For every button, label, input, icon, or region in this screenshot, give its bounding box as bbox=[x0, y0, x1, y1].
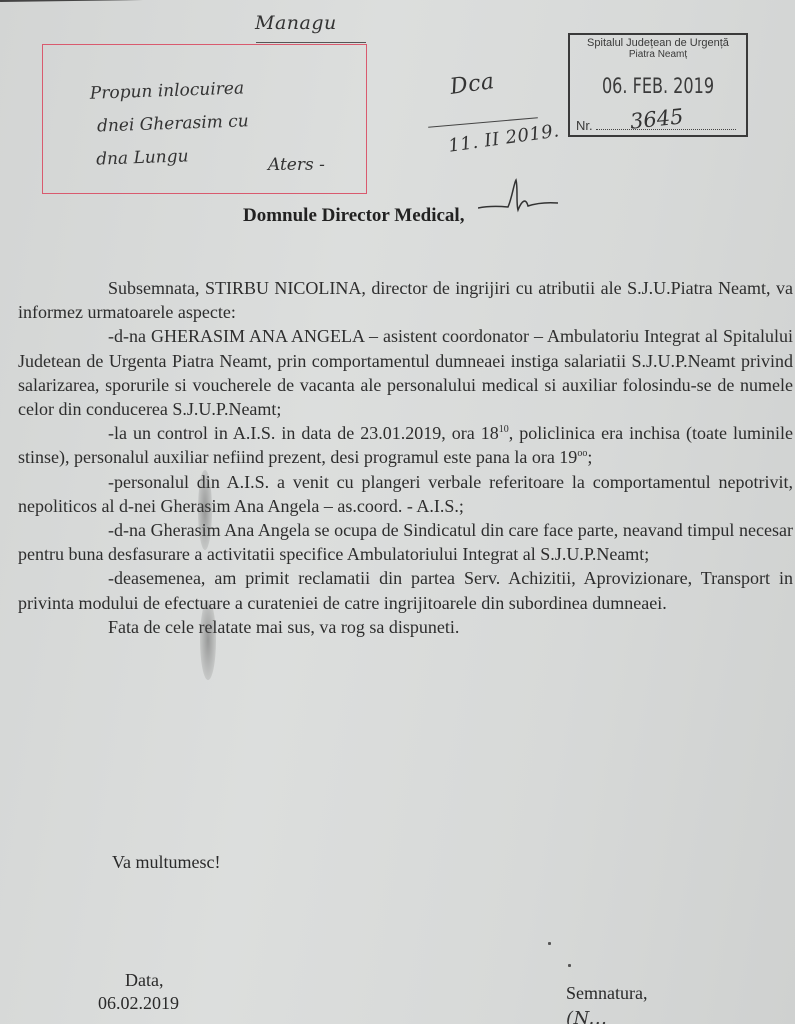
paper-edge-line bbox=[0, 0, 175, 2]
ink-speck bbox=[548, 942, 551, 945]
proposal-line: dna Lungu bbox=[92, 138, 251, 176]
proposal-line: dnei Gherasim cu bbox=[90, 105, 249, 143]
proposal-handwritten-note: Propun inlocuirea dnei Gherasim cu dna L… bbox=[89, 72, 250, 176]
paragraph: -d-na Gherasim Ana Angela se ocupa de Si… bbox=[18, 518, 793, 566]
proposal-line: Propun inlocuirea bbox=[89, 72, 248, 110]
paragraph-text: -d-na GHERASIM ANA ANGELA – asistent coo… bbox=[18, 326, 793, 419]
time-superscript: oo bbox=[577, 448, 587, 459]
date-value: 06.02.2019 bbox=[98, 993, 179, 1014]
letter-salutation: Domnule Director Medical, bbox=[243, 205, 464, 227]
paragraph-text: ; bbox=[587, 447, 592, 467]
letter-closing: Va multumesc! bbox=[112, 852, 220, 873]
approval-signature: Dca bbox=[448, 69, 496, 100]
stamp-nr-label: Nr. bbox=[576, 118, 593, 133]
paragraph: -la un control in A.I.S. in data de 23.0… bbox=[18, 421, 793, 469]
stamp-date: 06. FEB. 2019 bbox=[583, 74, 733, 98]
stamp-city: Piatra Neamț bbox=[570, 49, 746, 60]
paragraph-text: -personalul din A.I.S. a venit cu plange… bbox=[18, 472, 793, 516]
letter-body: Subsemnata, STIRBU NICOLINA, director de… bbox=[18, 276, 793, 639]
approval-date: 11. II 2019. bbox=[447, 120, 561, 156]
manager-note-underline bbox=[256, 42, 366, 43]
paragraph-text: -deasemenea, am primit reclamatii din pa… bbox=[18, 568, 793, 612]
paragraph: Fata de cele relatate mai sus, va rog sa… bbox=[18, 615, 793, 639]
signature-label: Semnatura, bbox=[566, 983, 647, 1004]
ink-smudge bbox=[198, 470, 212, 550]
ink-smudge bbox=[200, 600, 216, 680]
paragraph-text: Subsemnata, STIRBU NICOLINA, director de… bbox=[18, 278, 793, 322]
stamp-institution: Spitalul Județean de Urgență bbox=[570, 37, 746, 49]
paragraph-text: -la un control in A.I.S. in data de 23.0… bbox=[108, 423, 499, 443]
registration-stamp: Spitalul Județean de Urgență Piatra Neam… bbox=[568, 33, 748, 137]
proposal-signature: Aters - bbox=[268, 155, 325, 175]
signature-stroke-icon bbox=[478, 178, 558, 218]
time-superscript: 10 bbox=[499, 424, 509, 435]
paragraph: -d-na GHERASIM ANA ANGELA – asistent coo… bbox=[18, 324, 793, 421]
paragraph: -personalul din A.I.S. a venit cu plange… bbox=[18, 470, 793, 518]
signature-scribble: (N... bbox=[566, 1008, 607, 1024]
date-label: Data, bbox=[125, 970, 163, 991]
paragraph: -deasemenea, am primit reclamatii din pa… bbox=[18, 566, 793, 614]
paragraph: Subsemnata, STIRBU NICOLINA, director de… bbox=[18, 276, 793, 324]
paragraph-text: -d-na Gherasim Ana Angela se ocupa de Si… bbox=[18, 520, 793, 564]
manager-handwritten-note: Managu bbox=[255, 12, 337, 34]
annotation-highlight-box: Propun inlocuirea dnei Gherasim cu dna L… bbox=[42, 44, 367, 194]
paragraph-text: Fata de cele relatate mai sus, va rog sa… bbox=[108, 617, 459, 637]
ink-speck bbox=[568, 964, 571, 967]
